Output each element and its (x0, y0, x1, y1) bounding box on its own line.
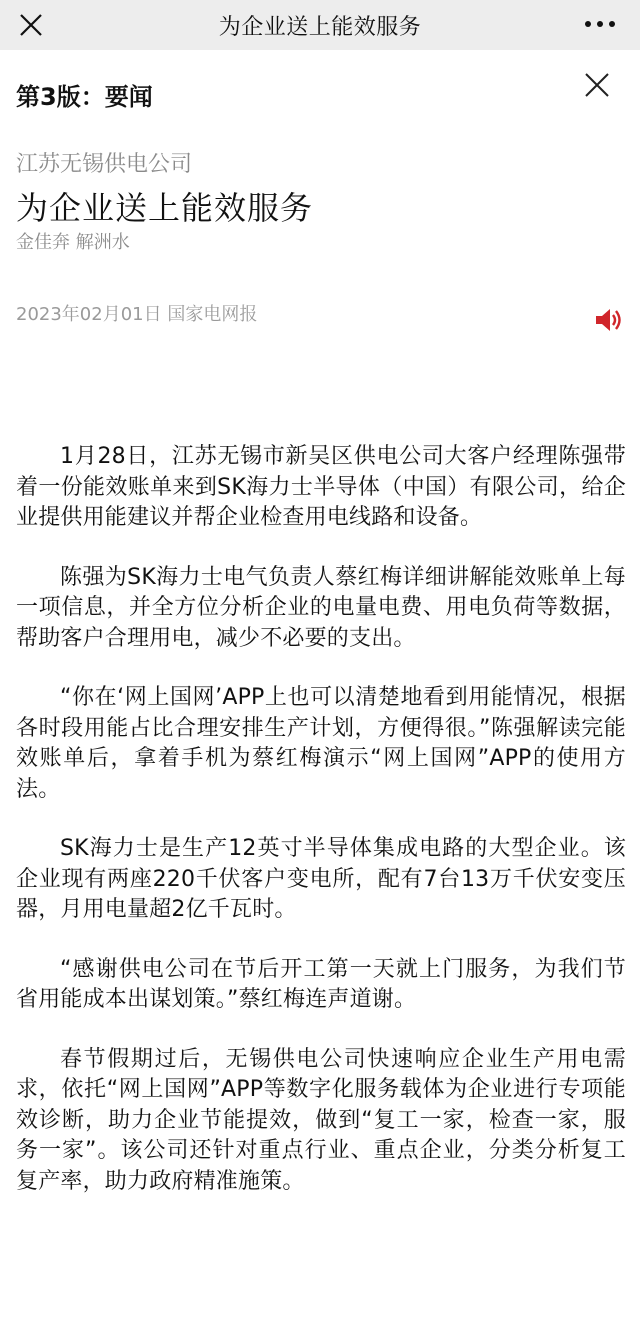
paragraph: 1月28日，江苏无锡市新吴区供电公司大客户经理陈强带着一份能效账单来到SK海力士… (16, 442, 626, 534)
paragraph: 春节假期过后，无锡供电公司快速响应企业生产用电需求，依托“网上国网”APP等数字… (16, 1045, 626, 1198)
article-meta: 2023年02月01日 国家电网报 (16, 300, 257, 326)
article-pretitle: 江苏无锡供电公司 (16, 150, 616, 180)
article-title: 为企业送上能效服务 (16, 186, 616, 230)
paragraph: “感谢供电公司在节后开工第一天就上门服务，为我们节省用能成本出谋划策。”蔡红梅连… (16, 955, 626, 1016)
article-header: 江苏无锡供电公司 为企业送上能效服务 金佳奔 解洲水 (16, 150, 616, 256)
paragraph: “你在‘网上国网’APP上也可以清楚地看到用能情况，根据各时段用能占比合理安排生… (16, 683, 626, 805)
more-dots-icon[interactable] (582, 14, 618, 34)
section-label: 第3版：要闻 (16, 77, 153, 112)
page-title: 为企业送上能效服务 (219, 10, 422, 41)
speaker-icon[interactable] (593, 305, 623, 335)
paragraph: 陈强为SK海力士电气负责人蔡红梅详细讲解能效账单上每一项信息，并全方位分析企业的… (16, 563, 626, 655)
article-authors: 金佳奔 解洲水 (16, 230, 616, 256)
close-icon[interactable] (14, 8, 48, 42)
paragraph: SK海力士是生产12英寸半导体集成电路的大型企业。该企业现有两座220千伏客户变… (16, 834, 626, 926)
top-nav-bar: 为企业送上能效服务 (0, 0, 640, 50)
section-header: 第3版：要闻 (0, 50, 640, 136)
article-body: 1月28日，江苏无锡市新吴区供电公司大客户经理陈强带着一份能效账单来到SK海力士… (16, 442, 626, 1226)
close-icon[interactable] (582, 70, 612, 100)
